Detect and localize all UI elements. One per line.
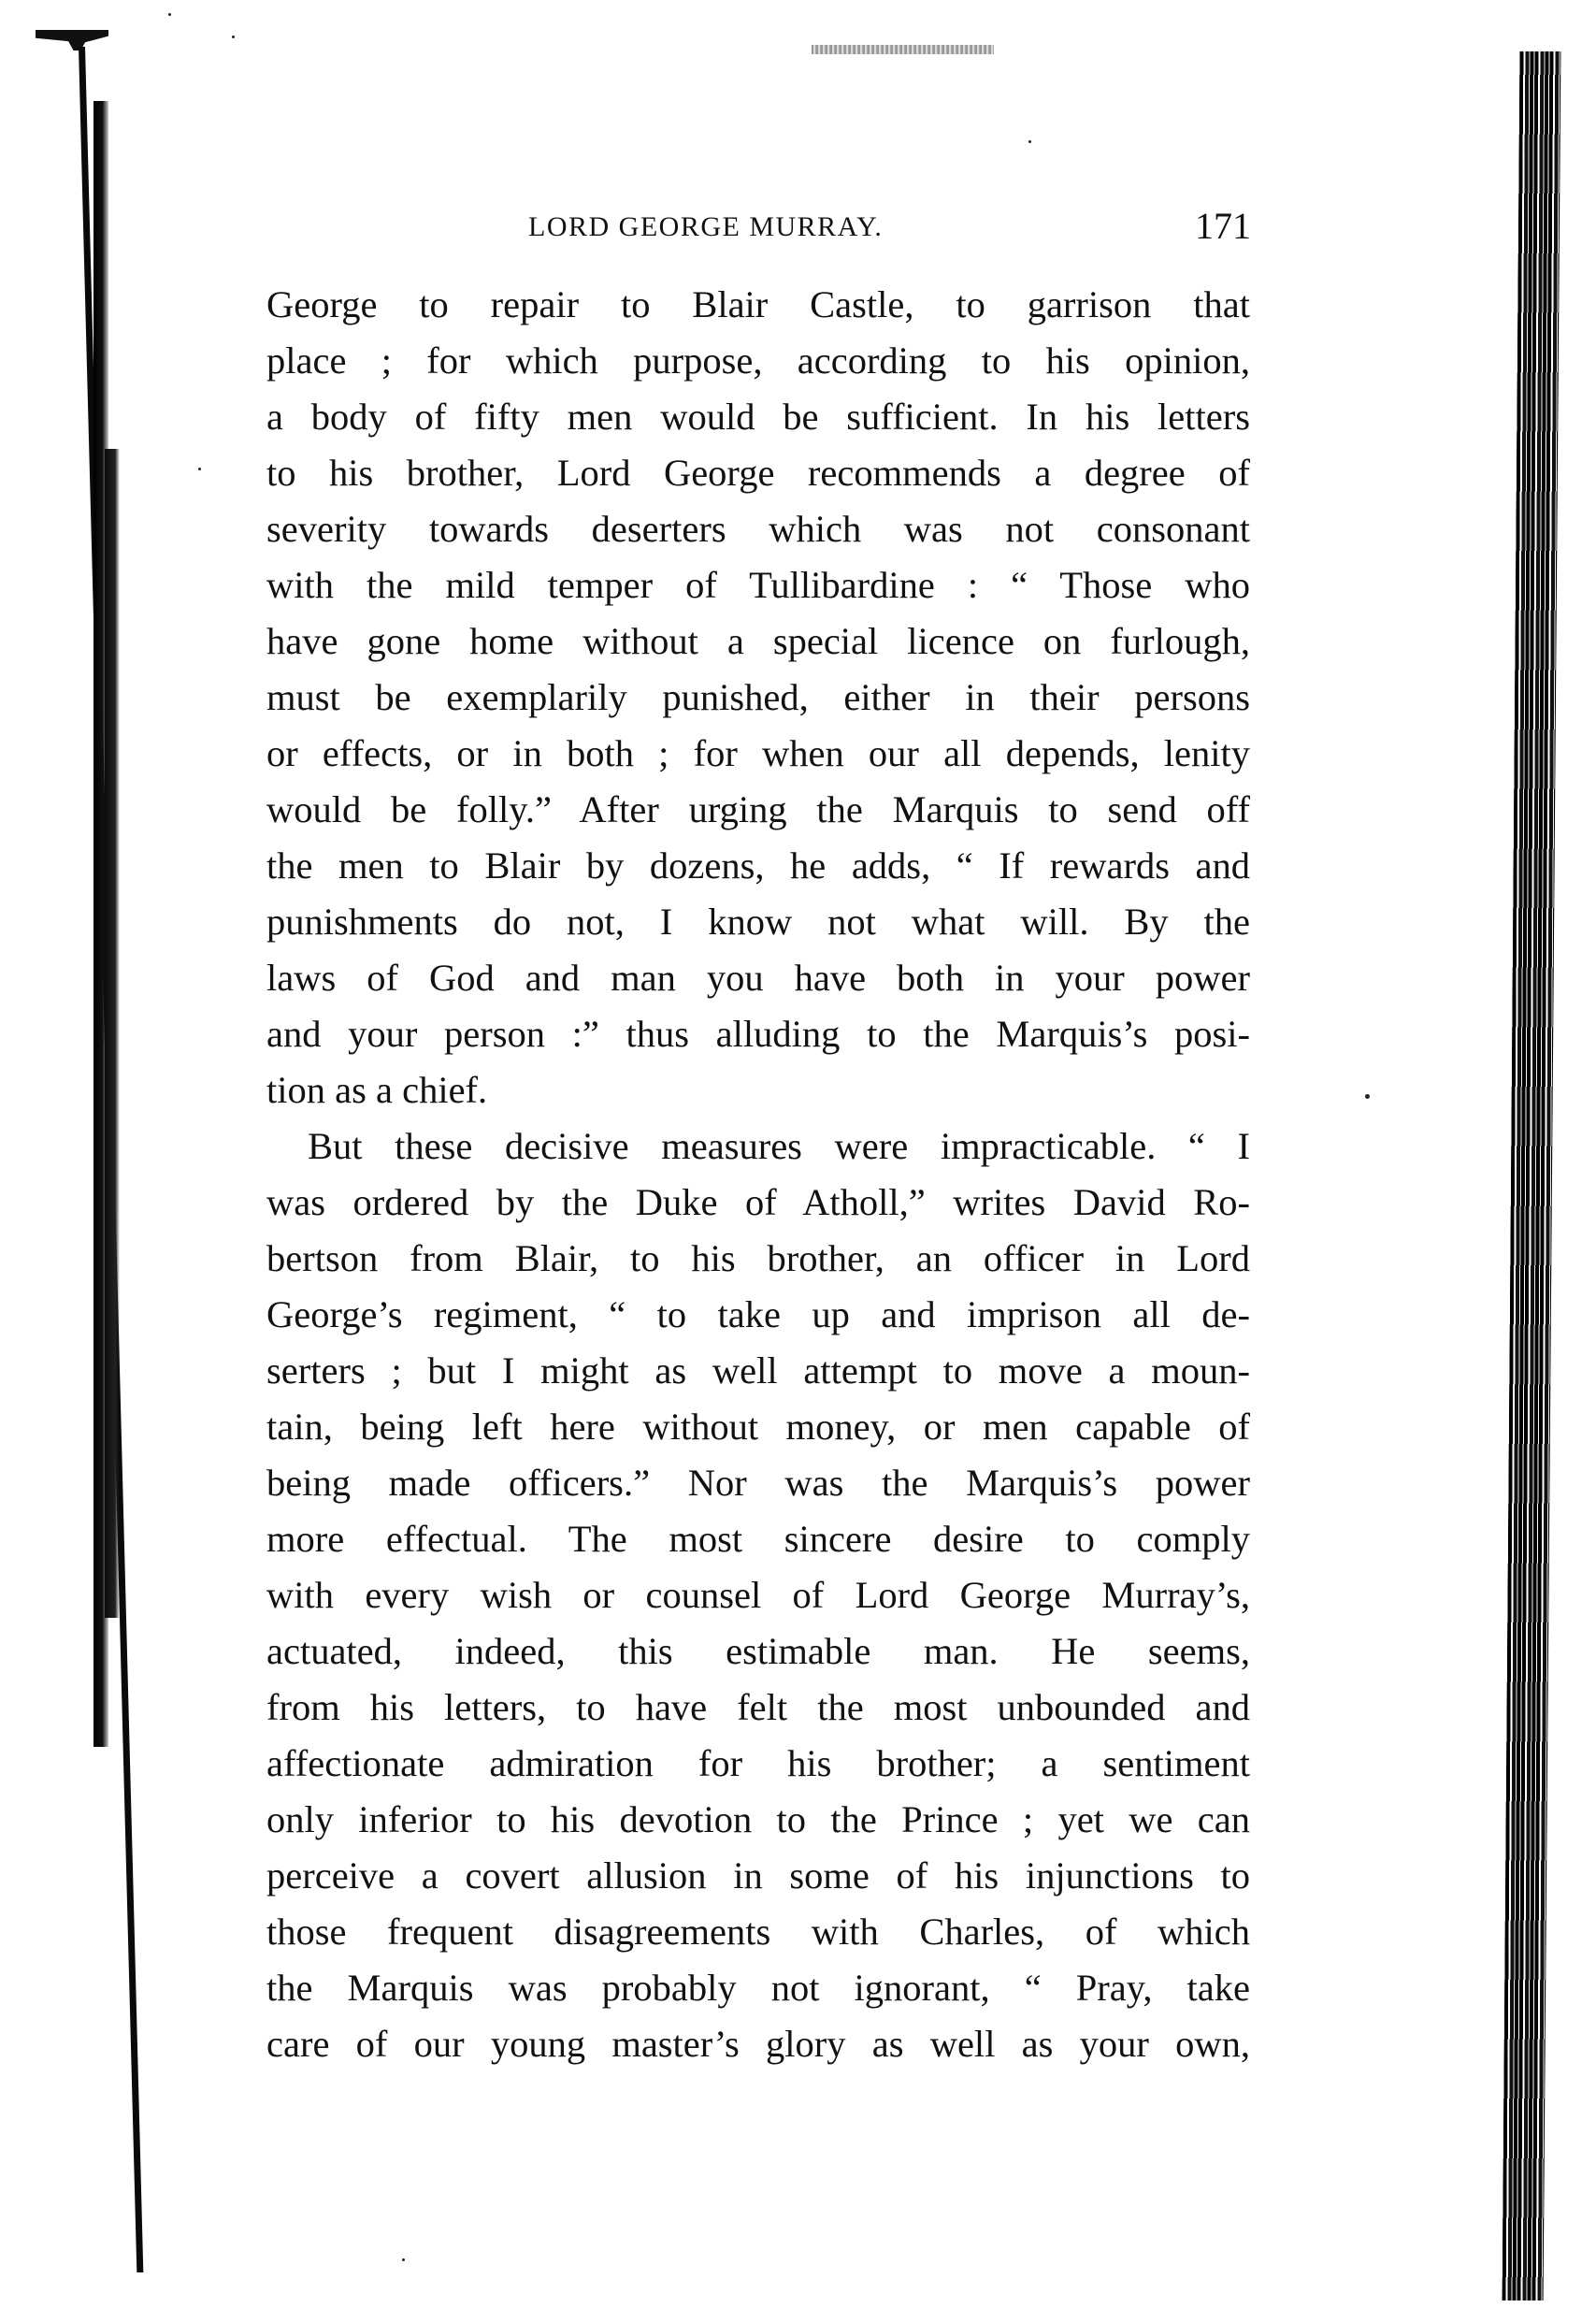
top-scan-smudge <box>812 45 994 54</box>
text-line: actuated, indeed, this estimable man. He… <box>266 1623 1250 1680</box>
scan-speck <box>198 468 201 470</box>
text-line: perceive a covert allusion in some of hi… <box>266 1848 1250 1904</box>
text-line: punishments do not, I know not what will… <box>266 894 1250 950</box>
body-text: George to repair to Blair Castle, to gar… <box>266 277 1250 2072</box>
binding-shadow-band-inner <box>105 449 120 1618</box>
text-line: was ordered by the Duke of Atholl,” writ… <box>266 1175 1250 1231</box>
binding-edge-artifact <box>36 30 108 50</box>
text-line: from his letters, to have felt the most … <box>266 1680 1250 1736</box>
text-line: with every wish or counsel of Lord Georg… <box>266 1567 1250 1623</box>
text-line: and your person :” thus alluding to the … <box>266 1006 1250 1062</box>
text-line: laws of God and man you have both in you… <box>266 950 1250 1006</box>
scan-speck <box>1365 1094 1370 1099</box>
text-line: have gone home without a special licence… <box>266 613 1250 670</box>
text-line: severity towards deserters which was not… <box>266 501 1250 557</box>
text-line: bertson from Blair, to his brother, an o… <box>266 1231 1250 1287</box>
scan-speck <box>168 13 171 16</box>
text-line: serters ; but I might as well attempt to… <box>266 1343 1250 1399</box>
text-line: more effectual. The most sincere desire … <box>266 1511 1250 1567</box>
running-head: LORD GEORGE MURRAY. <box>528 211 883 243</box>
text-line: to his brother, Lord George recommends a… <box>266 445 1250 501</box>
text-line: with the mild temper of Tullibardine : “… <box>266 557 1250 613</box>
text-line: those frequent disagreements with Charle… <box>266 1904 1250 1960</box>
text-line: George’s regiment, “ to take up and impr… <box>266 1287 1250 1343</box>
text-line: care of our young master’s glory as well… <box>266 2016 1250 2072</box>
scanned-book-page: LORD GEORGE MURRAY. 171 George to repair… <box>0 0 1596 2322</box>
page-edge-striations <box>1503 51 1561 2300</box>
scan-speck <box>1028 140 1031 143</box>
text-line: affectionate admiration for his brother;… <box>266 1736 1250 1792</box>
text-line: tain, being left here without money, or … <box>266 1399 1250 1455</box>
paragraph-2: But these decisive measures were impract… <box>266 1118 1250 2072</box>
text-line: must be exemplarily punished, either in … <box>266 670 1250 726</box>
scan-speck <box>402 2258 405 2261</box>
text-line: place ; for which purpose, according to … <box>266 333 1250 389</box>
text-line: the Marquis was probably not ignorant, “… <box>266 1960 1250 2016</box>
text-line: the men to Blair by dozens, he adds, “ I… <box>266 838 1250 894</box>
page-number: 171 <box>1180 204 1251 248</box>
text-line: would be folly.” After urging the Marqui… <box>266 782 1250 838</box>
text-line: being made officers.” Nor was the Marqui… <box>266 1455 1250 1511</box>
text-line: or effects, or in both ; for when our al… <box>266 726 1250 782</box>
text-line: But these decisive measures were impract… <box>266 1118 1250 1175</box>
text-line: only inferior to his devotion to the Pri… <box>266 1792 1250 1848</box>
text-line: George to repair to Blair Castle, to gar… <box>266 277 1250 333</box>
scan-speck <box>232 36 235 38</box>
text-line: a body of fifty men would be sufficient.… <box>266 389 1250 445</box>
text-line: tion as a chief. <box>266 1062 1250 1118</box>
paragraph-1: George to repair to Blair Castle, to gar… <box>266 277 1250 1118</box>
